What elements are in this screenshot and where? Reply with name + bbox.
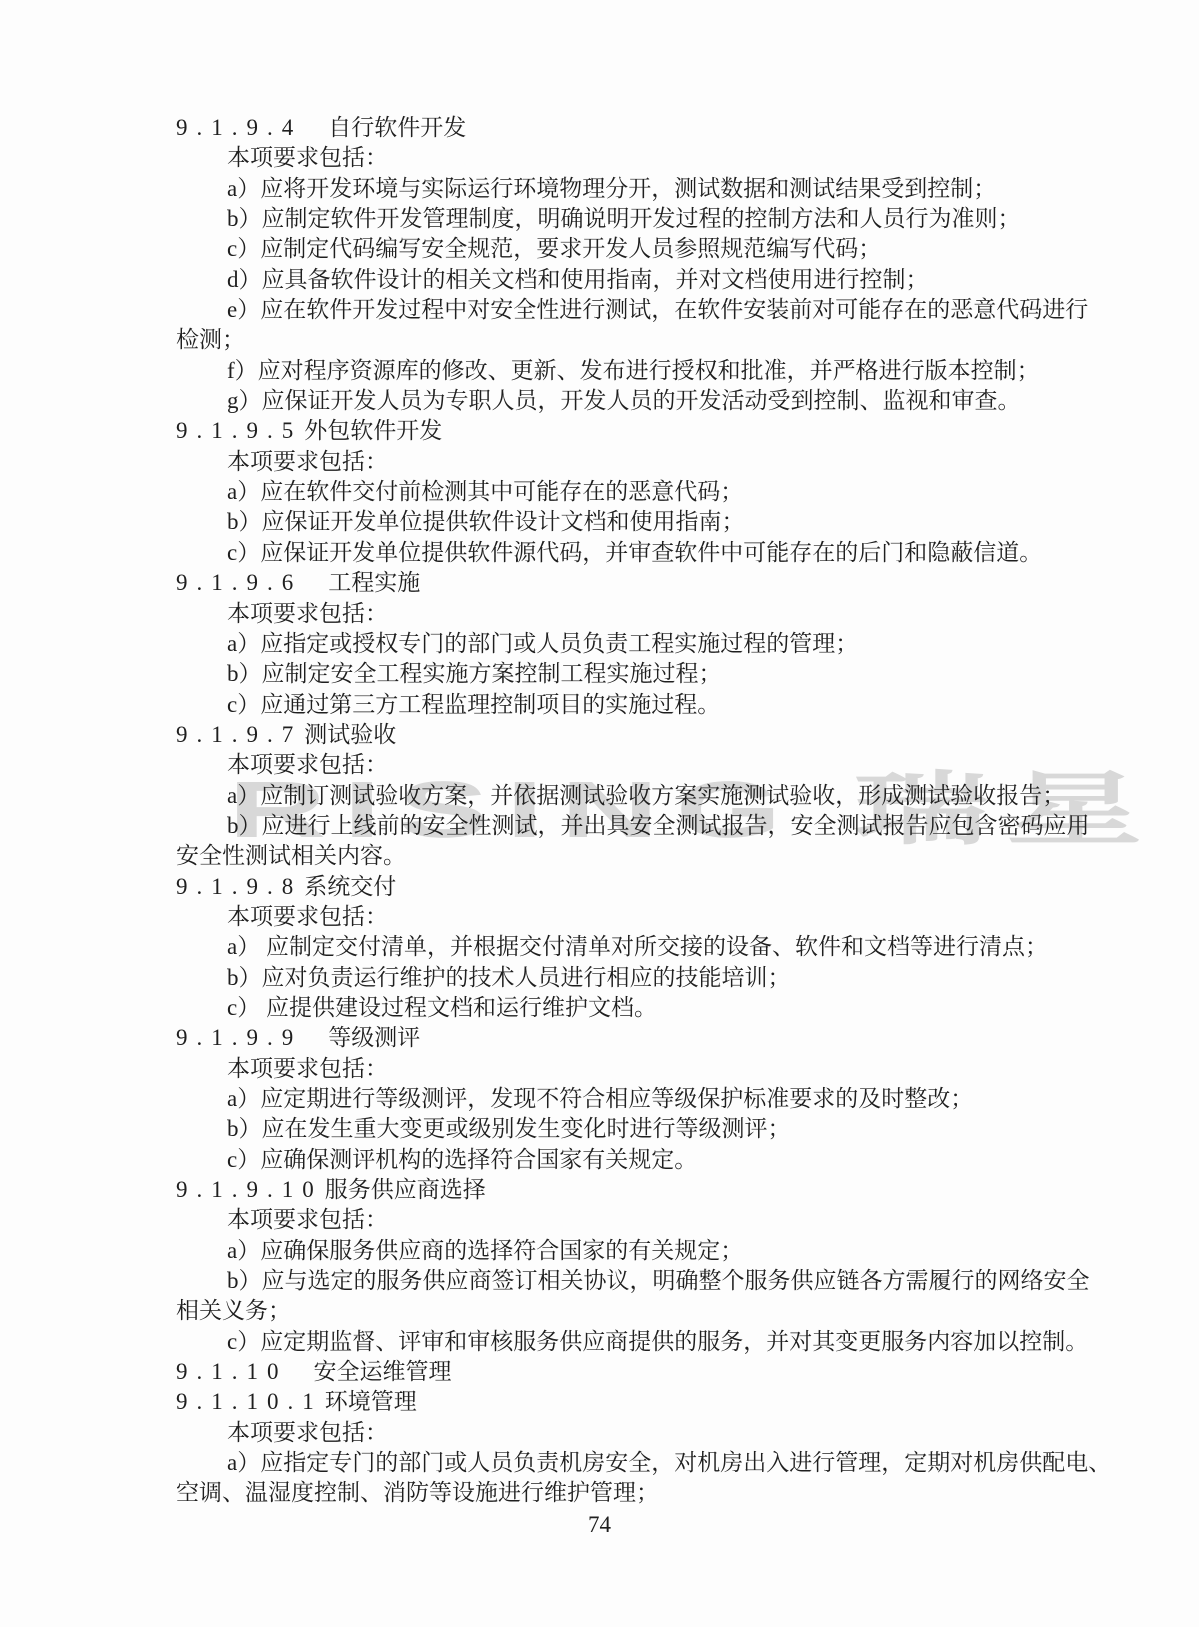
page-number: 74 (0, 1512, 1199, 1538)
section-title: 测试验收 (304, 722, 396, 747)
section-heading: 9.1.10.1环境管理 (176, 1387, 1068, 1417)
text-line: 本项要求包括： (176, 599, 1068, 629)
text-line: b）应制定软件开发管理制度，明确说明开发过程的控制方法和人员行为准则； (176, 204, 1068, 234)
section-title: 环境管理 (325, 1389, 417, 1414)
section-number: 9.1.9.8 (176, 874, 302, 899)
text-line: b）应在发生重大变更或级别发生变化时进行等级测评； (176, 1114, 1068, 1144)
text-line: a）应指定或授权专门的部门或人员负责工程实施过程的管理； (176, 629, 1068, 659)
section-title: 自行软件开发 (328, 115, 466, 140)
text-line: a）应将开发环境与实际运行环境物理分开，测试数据和测试结果受到控制； (176, 174, 1068, 204)
text-line: a）应指定专门的部门或人员负责机房安全，对机房出入进行管理，定期对机房供配电、 (176, 1448, 1068, 1478)
text-line: 相关义务； (176, 1296, 1068, 1326)
section-number: 9.1.9.10 (176, 1177, 323, 1202)
text-line: 安全性测试相关内容。 (176, 841, 1068, 871)
text-line: c）应确保测评机构的选择符合国家有关规定。 (176, 1145, 1068, 1175)
document-body: 9.1.9.4自行软件开发本项要求包括：a）应将开发环境与实际运行环境物理分开，… (176, 113, 1068, 1509)
text-line: a）应定期进行等级测评，发现不符合相应等级保护标准要求的及时整改； (176, 1084, 1068, 1114)
section-heading: 9.1.9.4自行软件开发 (176, 113, 1068, 143)
text-line: 本项要求包括： (176, 1205, 1068, 1235)
text-line: c）应制定代码编写安全规范，要求开发人员参照规范编写代码； (176, 234, 1068, 264)
text-line: g）应保证开发人员为专职人员，开发人员的开发活动受到控制、监视和审查。 (176, 386, 1068, 416)
text-line: c） 应提供建设过程文档和运行维护文档。 (176, 993, 1068, 1023)
section-heading: 9.1.9.8系统交付 (176, 872, 1068, 902)
text-line: 本项要求包括： (176, 1418, 1068, 1448)
text-line: b）应与选定的服务供应商签订相关协议，明确整个服务供应链各方需履行的网络安全 (176, 1266, 1068, 1296)
section-title: 外包软件开发 (304, 418, 442, 443)
text-line: a） 应制定交付清单，并根据交付清单对所交接的设备、软件和文档等进行清点； (176, 932, 1068, 962)
section-number: 9.1.9.4 (176, 115, 302, 140)
section-number: 9.1.9.7 (176, 722, 302, 747)
text-line: f）应对程序资源库的修改、更新、发布进行授权和批准，并严格进行版本控制； (176, 356, 1068, 386)
text-line: b）应制定安全工程实施方案控制工程实施过程； (176, 659, 1068, 689)
section-heading: 9.1.9.5外包软件开发 (176, 416, 1068, 446)
text-line: 本项要求包括： (176, 447, 1068, 477)
text-line: b）应对负责运行维护的技术人员进行相应的技能培训； (176, 963, 1068, 993)
section-heading: 9.1.10安全运维管理 (176, 1357, 1068, 1387)
text-line: b）应保证开发单位提供软件设计文档和使用指南； (176, 507, 1068, 537)
section-heading: 9.1.9.6工程实施 (176, 568, 1068, 598)
text-line: 空调、温湿度控制、消防等设施进行维护管理； (176, 1478, 1068, 1508)
text-line: d）应具备软件设计的相关文档和使用指南，并对文档使用进行控制； (176, 265, 1068, 295)
text-line: a）应确保服务供应商的选择符合国家的有关规定； (176, 1236, 1068, 1266)
section-title: 等级测评 (328, 1025, 420, 1050)
section-number: 9.1.10.1 (176, 1389, 323, 1414)
section-number: 9.1.10 (176, 1359, 288, 1384)
text-line: a）应制订测试验收方案，并依据测试验收方案实施测试验收，形成测试验收报告； (176, 781, 1068, 811)
text-line: c）应通过第三方工程监理控制项目的实施过程。 (176, 690, 1068, 720)
section-heading: 9.1.9.9等级测评 (176, 1023, 1068, 1053)
text-line: 本项要求包括： (176, 750, 1068, 780)
text-line: c）应定期监督、评审和审核服务供应商提供的服务，并对其变更服务内容加以控制。 (176, 1327, 1068, 1357)
text-line: 本项要求包括： (176, 902, 1068, 932)
text-line: e）应在软件开发过程中对安全性进行测试，在软件安装前对可能存在的恶意代码进行 (176, 295, 1068, 325)
text-line: a）应在软件交付前检测其中可能存在的恶意代码； (176, 477, 1068, 507)
section-title: 服务供应商选择 (325, 1177, 486, 1202)
section-title: 系统交付 (304, 874, 396, 899)
section-number: 9.1.9.5 (176, 418, 302, 443)
section-title: 安全运维管理 (314, 1359, 452, 1384)
text-line: c）应保证开发单位提供软件源代码，并审查软件中可能存在的后门和隐蔽信道。 (176, 538, 1068, 568)
text-line: 检测； (176, 325, 1068, 355)
section-number: 9.1.9.6 (176, 570, 302, 595)
section-heading: 9.1.9.7测试验收 (176, 720, 1068, 750)
section-heading: 9.1.9.10服务供应商选择 (176, 1175, 1068, 1205)
text-line: 本项要求包括： (176, 143, 1068, 173)
text-line: b）应进行上线前的安全性测试，并出具安全测试报告，安全测试报告应包含密码应用 (176, 811, 1068, 841)
section-title: 工程实施 (328, 570, 420, 595)
text-line: 本项要求包括： (176, 1054, 1068, 1084)
section-number: 9.1.9.9 (176, 1025, 302, 1050)
document-page: RISING 瑞星 9.1.9.4自行软件开发本项要求包括：a）应将开发环境与实… (0, 0, 1199, 1627)
